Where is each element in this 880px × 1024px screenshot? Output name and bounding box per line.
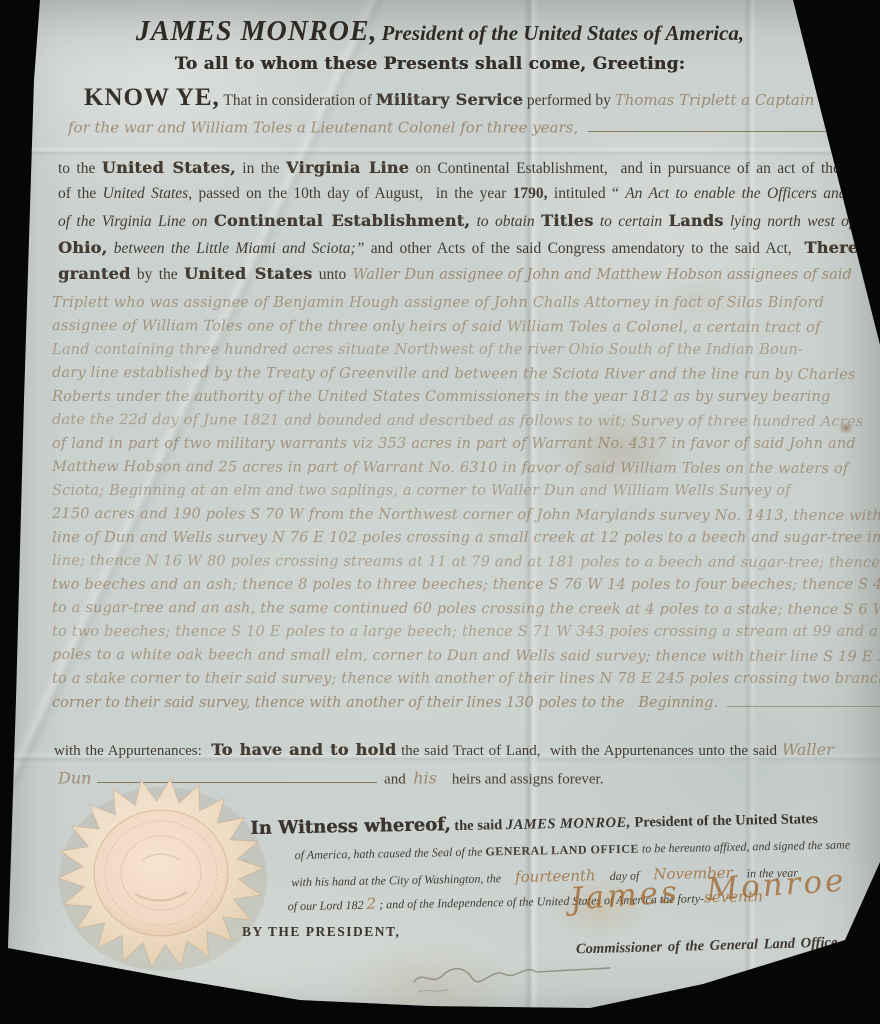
- text-segment: Virginia Line: [286, 158, 409, 177]
- text-segment: with his hand at the City of Washington,…: [291, 871, 501, 889]
- handwritten-survey-description: Triplett who was assignee of Benjamin Ho…: [52, 292, 858, 692]
- text-segment: to certain: [593, 213, 668, 230]
- text-segment: Waller: [782, 740, 834, 759]
- text-segment: of our Lord 182: [288, 898, 367, 914]
- text-segment: and other Acts of the said Congress amen…: [364, 240, 804, 257]
- handwritten-line: Triplett who was assignee of Benjamin Ho…: [52, 292, 858, 316]
- text-segment: between the Little Miami and Sciota;”: [107, 240, 364, 257]
- paragraph-line: to the United States, in the Virginia Li…: [58, 158, 880, 178]
- text-segment: KNOW YE,: [84, 84, 220, 111]
- text-segment: of the Virginia Line on: [58, 213, 214, 230]
- text-segment: of the: [58, 185, 103, 202]
- text-segment: lying north west of the river: [723, 213, 880, 230]
- witness-line: of America, hath caused the Seal of the …: [295, 837, 851, 863]
- text-segment: That in consideration of: [220, 92, 376, 109]
- text-segment: passed on the 10th day of August, in the…: [192, 185, 513, 202]
- handwritten-line: date the 22d day of June 1821 and bounde…: [52, 408, 858, 434]
- paragraph-line: of the Virginia Line on Continental Esta…: [58, 211, 880, 231]
- text-segment: his: [413, 768, 437, 787]
- text-segment: performed by: [523, 92, 615, 109]
- witness-block: In Witness whereof, the said JAMES MONRO…: [250, 806, 850, 818]
- text-segment: to be hereunto affixed, and signed the s…: [639, 837, 850, 855]
- handwritten-service-line: for the war and William Toles a Lieutena…: [68, 117, 880, 137]
- handwritten-line: to two beeches; thence S 10 E poles to a…: [52, 621, 858, 645]
- text-segment: Ohio,: [58, 238, 107, 257]
- text-segment: Waller Dun assignee of John and Matthew …: [353, 267, 852, 283]
- handwritten-line: Matthew Hobson and 25 acres in part of W…: [52, 455, 858, 481]
- text-segment: [588, 117, 880, 132]
- president-name: JAMES MONROE,: [136, 16, 378, 47]
- text-segment: unto: [312, 266, 352, 283]
- witness-line: In Witness whereof, the said JAMES MONRO…: [250, 807, 818, 839]
- parchment-document: JAMES MONROE, President of the United St…: [0, 0, 880, 1024]
- text-segment: Lands: [669, 211, 724, 230]
- text-segment: by the: [130, 266, 184, 283]
- text-segment: of America, hath caused the Seal of the: [295, 844, 486, 862]
- text-segment: To have and to hold: [211, 740, 396, 759]
- text-segment: United States: [184, 264, 312, 283]
- text-segment: heirs and assigns forever.: [437, 771, 604, 787]
- handwritten-line: to a sugar-tree and an ash, the same con…: [52, 596, 858, 622]
- text-segment: intituled “: [548, 185, 626, 202]
- text-segment: in the: [236, 160, 286, 177]
- handwritten-line: poles to a white oak beech and small elm…: [52, 643, 858, 669]
- document-title: JAMES MONROE, President of the United St…: [0, 16, 880, 48]
- text-segment: Titles: [541, 211, 593, 230]
- handwritten-line: 2150 acres and 190 poles S 70 W from the…: [52, 502, 858, 528]
- text-segment: GENERAL LAND OFFICE: [485, 842, 639, 859]
- text-segment: to obtain: [470, 213, 541, 230]
- text-segment: United States,: [103, 185, 192, 202]
- handwritten-final-line: corner to their said survey, thence with…: [52, 692, 880, 712]
- handwritten-line: to a stake corner to their said survey; …: [52, 668, 858, 692]
- text-segment: There is: [804, 238, 880, 257]
- handwritten-line: Land containing three hundred acres situ…: [52, 339, 858, 363]
- text-segment: for the war and William Toles a Lieutena…: [68, 118, 588, 136]
- embossed-seal-icon: [50, 776, 272, 974]
- text-segment: Continental Establishment,: [214, 211, 470, 230]
- paragraph-line: of the United States, passed on the 10th…: [58, 185, 880, 203]
- paragraph-line: granted by the United States unto Waller…: [58, 264, 852, 284]
- handwritten-line: assignee of William Toles one of the thr…: [52, 314, 858, 340]
- handwritten-line: two beeches and an ash; thence 8 poles t…: [52, 574, 858, 598]
- text-segment: Thomas Triplett a Captain: [615, 91, 815, 109]
- handwritten-line: dary line established by the Treaty of G…: [52, 361, 858, 387]
- text-segment: the said Tract of Land, with the Appurte…: [396, 743, 781, 759]
- handwritten-line: Sciota; Beginning at an elm and two sapl…: [52, 480, 858, 504]
- text-segment: An Act to enable the Officers and Soldie…: [625, 185, 880, 202]
- photo-background: JAMES MONROE, President of the United St…: [0, 0, 880, 1024]
- text-segment: on Continental Establishment, and in pur…: [409, 160, 880, 177]
- text-segment: and: [377, 771, 414, 787]
- text-segment: [727, 692, 880, 707]
- president-title: President of the United States of Americ…: [382, 21, 745, 45]
- salutation-line: To all to whom these Presents shall come…: [0, 54, 860, 74]
- text-segment: 1790,: [513, 185, 548, 202]
- text-segment: JAMES MONROE,: [506, 815, 631, 833]
- know-ye-line: KNOW YE, That in consideration of Milita…: [84, 84, 814, 112]
- commissioner-signature-scrawl: [408, 948, 618, 998]
- text-segment: Military Service: [376, 90, 523, 109]
- text-segment: corner to their said survey, thence with…: [52, 695, 727, 711]
- text-segment: granted: [58, 264, 130, 283]
- text-segment: the said: [451, 817, 507, 834]
- text-segment: In Witness whereof,: [250, 814, 451, 839]
- paragraph-line: Ohio, between the Little Miami and Sciot…: [58, 238, 880, 258]
- text-segment: with the Appurtenances:: [54, 743, 211, 759]
- text-segment: President of the United States: [631, 811, 818, 831]
- handwritten-line: line of Dun and Wells survey N 76 E 102 …: [52, 527, 858, 551]
- handwritten-line: line; thence N 16 W 80 poles crossing st…: [52, 549, 858, 575]
- text-segment: to the: [58, 160, 102, 177]
- handwritten-line: Roberts under the authority of the Unite…: [52, 386, 858, 410]
- appurtenances-line-1: with the Appurtenances: To have and to h…: [54, 740, 834, 760]
- handwritten-line: of land in part of two military warrants…: [52, 433, 858, 457]
- text-segment: United States,: [102, 158, 236, 177]
